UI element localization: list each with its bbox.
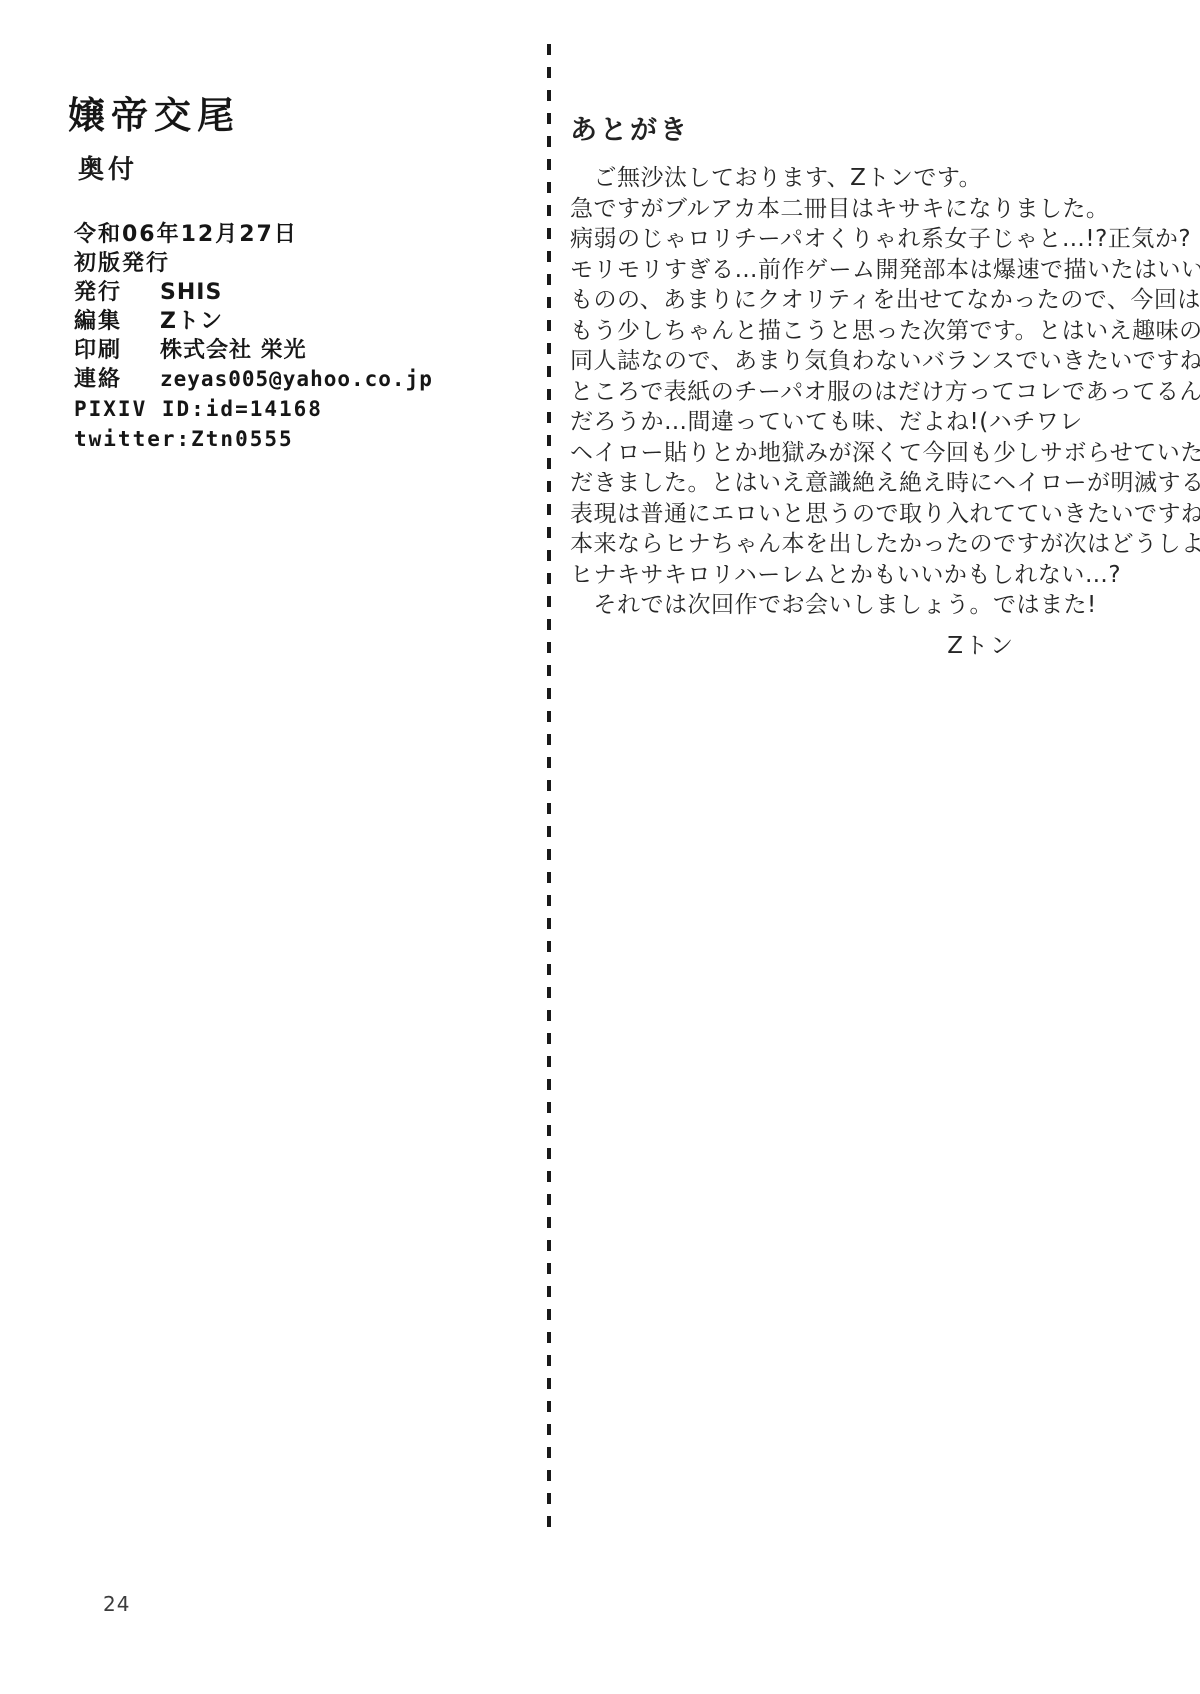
- afterword-heading: あとがき: [570, 108, 1145, 147]
- publication-date: 令和06年12月27日: [74, 220, 488, 249]
- afterword-line: 本来ならヒナちゃん本を出したかったのですが次はどうしよう: [570, 529, 1145, 560]
- afterword-body: ご無沙汰しております、Zトンです。 急ですがブルアカ本二冊目はキサキになりました…: [570, 163, 1145, 621]
- editor-label: 編集: [74, 307, 160, 336]
- afterword-line: だきました。とはいえ意識絶え絶え時にヘイローが明滅する: [570, 468, 1145, 499]
- document-page: 嬢帝交尾 奥付 令和06年12月27日 初版発行 発行 SHIS 編集 Zトン …: [0, 0, 1200, 1694]
- printer-value: 株式会社 栄光: [160, 336, 307, 365]
- colophon-row-editor: 編集 Zトン: [74, 307, 488, 336]
- afterword-line: ご無沙汰しております、Zトンです。: [570, 163, 1145, 194]
- afterword-line: ヘイロー貼りとか地獄みが深くて今回も少しサボらせていた: [570, 438, 1145, 469]
- publisher-value: SHIS: [160, 278, 222, 307]
- afterword-line: ヒナキサキロリハーレムとかもいいかもしれない…?: [570, 560, 1145, 591]
- afterword-line: もう少しちゃんと描こうと思った次第です。とはいえ趣味の: [570, 316, 1145, 347]
- doc-title: 嬢帝交尾: [68, 96, 488, 137]
- afterword-line: ものの、あまりにクオリティを出せてなかったので、今回は: [570, 285, 1145, 316]
- afterword-line: 同人誌なので、あまり気負わないバランスでいきたいですね。: [570, 346, 1145, 377]
- afterword-line: それでは次回作でお会いしましょう。ではまた!: [570, 590, 1145, 621]
- author-signature: Zトン: [570, 627, 1145, 660]
- afterword-line: 病弱のじゃロリチーパオくりゃれ系女子じゃと…!?正気か?: [570, 224, 1145, 255]
- colophon-section: 嬢帝交尾 奥付 令和06年12月27日 初版発行 発行 SHIS 編集 Zトン …: [68, 96, 488, 454]
- colophon-row-contact: 連絡 zeyas005@yahoo.co.jp: [74, 365, 488, 394]
- publisher-label: 発行: [74, 278, 160, 307]
- colophon-row-printer: 印刷 株式会社 栄光: [74, 336, 488, 365]
- colophon-row-publisher: 発行 SHIS: [74, 278, 488, 307]
- contact-email: zeyas005@yahoo.co.jp: [160, 365, 433, 394]
- afterword-line: 急ですがブルアカ本二冊目はキサキになりました。: [570, 194, 1145, 225]
- pixiv-id-line: PIXIV ID:id=14168: [74, 394, 488, 424]
- contact-label: 連絡: [74, 365, 160, 394]
- afterword-line: だろうか…間違っていても味、だよね!(ハチワレ: [570, 407, 1145, 438]
- afterword-line: 表現は普通にエロいと思うので取り入れてていきたいですね。: [570, 499, 1145, 530]
- edition-line: 初版発行: [74, 249, 488, 278]
- printer-label: 印刷: [74, 336, 160, 365]
- divider-dashed-line: [547, 44, 551, 1536]
- editor-value: Zトン: [160, 307, 223, 336]
- afterword-line: モリモリすぎる…前作ゲーム開発部本は爆速で描いたはいい: [570, 255, 1145, 286]
- afterword-section: あとがき ご無沙汰しております、Zトンです。 急ですがブルアカ本二冊目はキサキに…: [570, 108, 1145, 660]
- colophon-details: 令和06年12月27日 初版発行 発行 SHIS 編集 Zトン 印刷 株式会社 …: [74, 220, 488, 454]
- afterword-line: ところで表紙のチーパオ服のはだけ方ってコレであってるん: [570, 377, 1145, 408]
- page-number: 24: [103, 1592, 130, 1616]
- doc-subtitle: 奥付: [78, 149, 488, 186]
- twitter-line: twitter:Ztn0555: [74, 424, 488, 454]
